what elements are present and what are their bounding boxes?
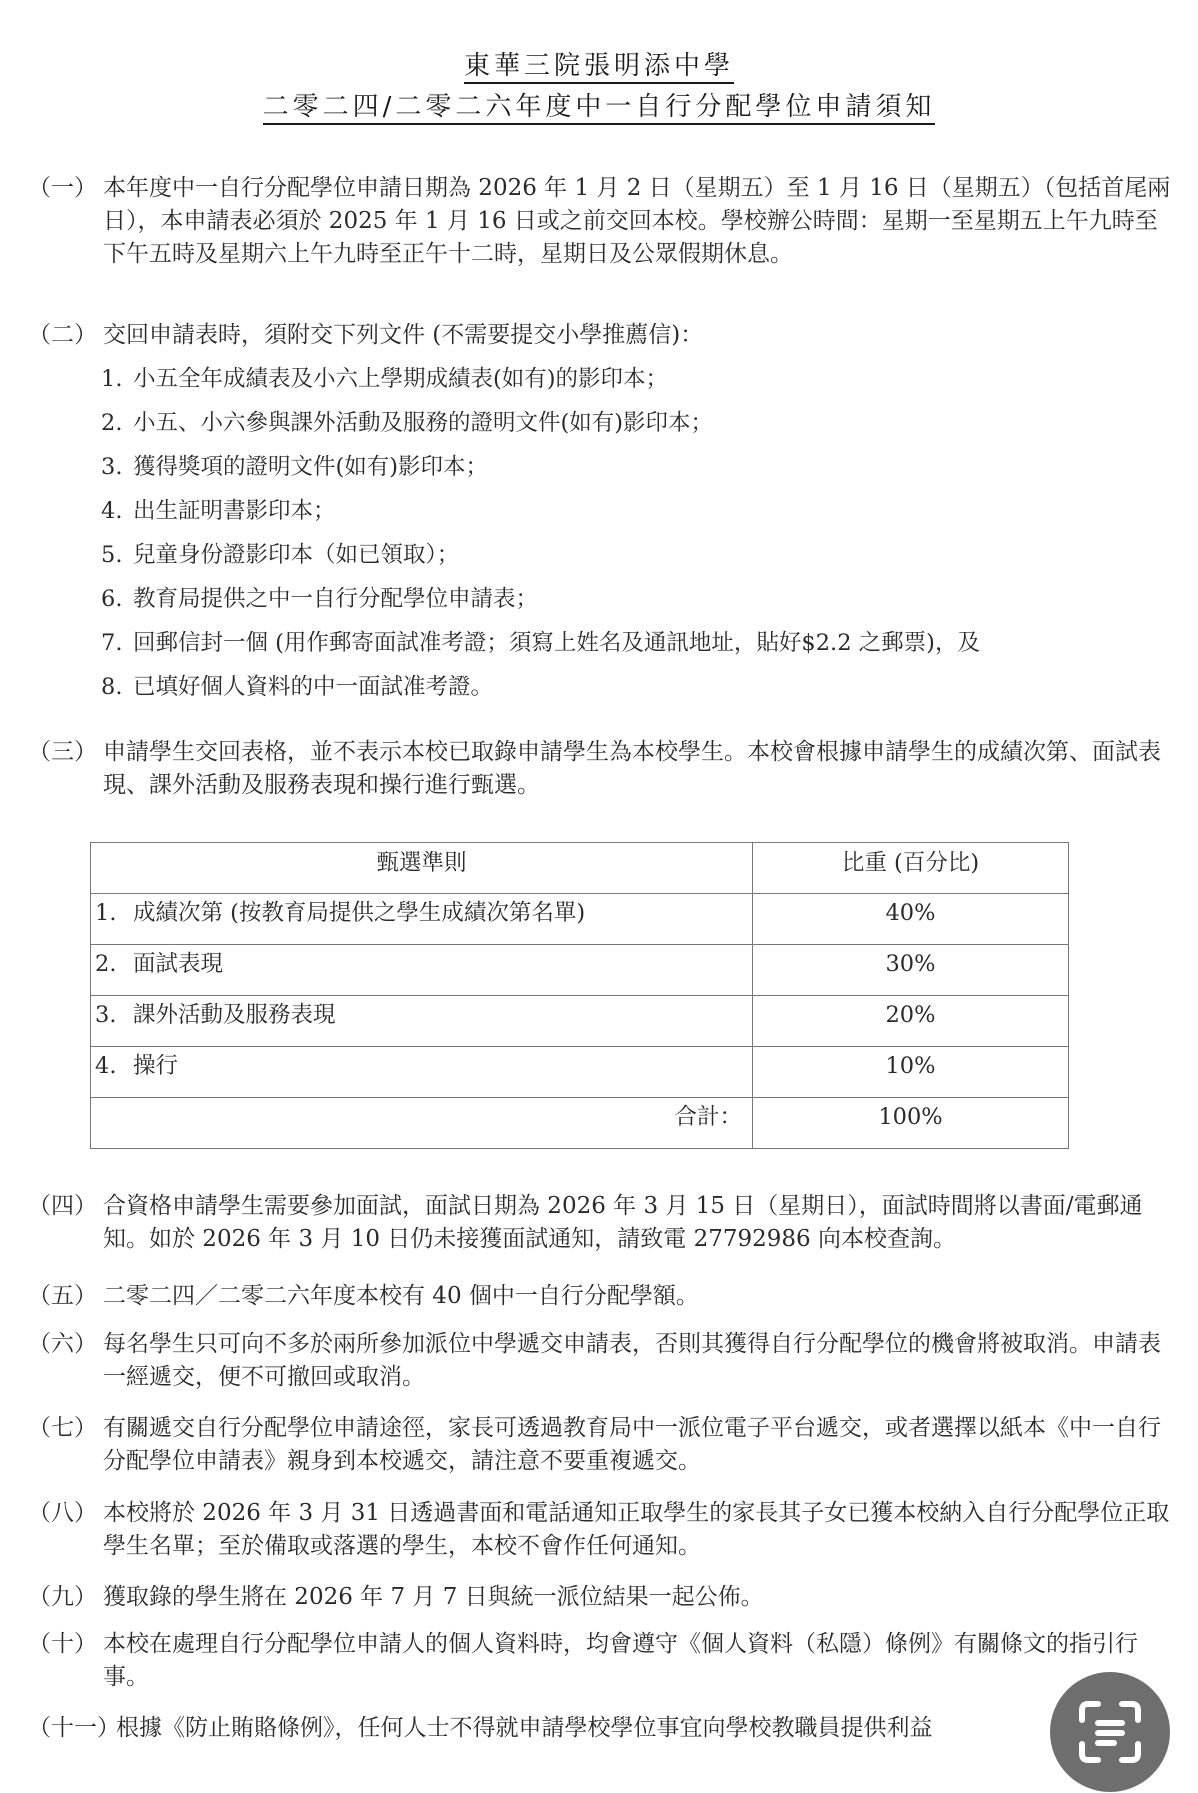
item-number: 2. bbox=[101, 407, 133, 440]
section-text: 有關遞交自行分配學位申請途徑，家長可透過教育局中一派位電子平台遞交，或者選擇以紙… bbox=[103, 1412, 1178, 1478]
section-11: （十一） 根據《防止賄賂條例》，任何人士不得就申請學校學位事宜向學校教職員提供利… bbox=[28, 1712, 1178, 1745]
document-list-item: 5.兒童身份證影印本（如已領取）； bbox=[101, 539, 459, 572]
section-number: （六） bbox=[28, 1328, 97, 1361]
school-name-text: 東華三院張明添中學 bbox=[464, 51, 734, 84]
section-10: （十） 本校在處理自行分配學位申請人的個人資料時，均會遵守《個人資料（私隱）條例… bbox=[28, 1628, 1178, 1694]
document-list-item: 3.獲得獎項的證明文件(如有)影印本； bbox=[101, 451, 488, 484]
criteria-label: 成績次第 (按教育局提供之學生成績次第名單) bbox=[133, 900, 585, 926]
section-number: （七） bbox=[28, 1412, 97, 1445]
text-scan-button[interactable] bbox=[1050, 1672, 1170, 1792]
document-list-item: 1.小五全年成績表及小六上學期成績表(如有)的影印本； bbox=[101, 363, 668, 396]
table-row: 4.操行 10% bbox=[91, 1047, 1069, 1098]
section-number: （四） bbox=[28, 1190, 97, 1223]
section-1: （一） 本年度中一自行分配學位申請日期為 2026 年 1 月 2 日（星期五）… bbox=[28, 172, 1178, 271]
section-text: 申請學生交回表格，並不表示本校已取錄申請學生為本校學生。本校會根據申請學生的成績… bbox=[103, 736, 1178, 802]
item-text: 教育局提供之中一自行分配學位申請表； bbox=[133, 586, 538, 612]
table-total-row: 合計： 100% bbox=[91, 1098, 1069, 1149]
section-2: （二） 交回申請表時，須附交下列文件 (不需要提交小學推薦信)： bbox=[28, 319, 1178, 352]
item-text: 兒童身份證影印本（如已領取）； bbox=[133, 542, 459, 568]
criteria-cell: 1.成績次第 (按教育局提供之學生成績次第名單) bbox=[91, 894, 753, 945]
header-criteria: 甄選準則 bbox=[91, 843, 753, 894]
section-number: （八） bbox=[28, 1497, 97, 1530]
section-text: 交回申請表時，須附交下列文件 (不需要提交小學推薦信)： bbox=[103, 319, 1178, 352]
item-number: 4. bbox=[101, 495, 133, 528]
item-text: 小五、小六參與課外活動及服務的證明文件(如有)影印本； bbox=[133, 410, 713, 436]
criteria-number: 1. bbox=[95, 894, 133, 932]
criteria-cell: 4.操行 bbox=[91, 1047, 753, 1098]
section-text: 本校將於 2026 年 3 月 31 日透過書面和電話通知正取學生的家長其子女已… bbox=[103, 1497, 1178, 1563]
weight-cell: 40% bbox=[753, 894, 1069, 945]
section-5: （五） 二零二四／二零二六年度本校有 40 個中一自行分配學額。 bbox=[28, 1280, 1178, 1313]
total-label: 合計： bbox=[91, 1098, 753, 1149]
table-row: 3.課外活動及服務表現 20% bbox=[91, 996, 1069, 1047]
table-row: 1.成績次第 (按教育局提供之學生成績次第名單) 40% bbox=[91, 894, 1069, 945]
item-number: 5. bbox=[101, 539, 133, 572]
table-header-row: 甄選準則 比重 (百分比) bbox=[91, 843, 1069, 894]
criteria-number: 3. bbox=[95, 996, 133, 1034]
selection-criteria-table: 甄選準則 比重 (百分比) 1.成績次第 (按教育局提供之學生成績次第名單) 4… bbox=[90, 842, 1069, 1149]
section-number: （三） bbox=[28, 736, 97, 769]
section-8: （八） 本校將於 2026 年 3 月 31 日透過書面和電話通知正取學生的家長… bbox=[28, 1497, 1178, 1563]
document-page: 東華三院張明添中學 二零二四/二零二六年度中一自行分配學位申請須知 （一） 本年… bbox=[0, 0, 1198, 1793]
item-number: 8. bbox=[101, 671, 133, 704]
document-list-item: 4.出生証明書影印本； bbox=[101, 495, 336, 528]
section-text: 獲取錄的學生將在 2026 年 7 月 7 日與統一派位結果一起公佈。 bbox=[103, 1581, 1178, 1614]
criteria-label: 面試表現 bbox=[133, 951, 223, 977]
item-text: 已填好個人資料的中一面試准考證。 bbox=[133, 674, 493, 700]
item-number: 6. bbox=[101, 583, 133, 616]
item-number: 1. bbox=[101, 363, 133, 396]
text-scan-icon bbox=[1074, 1696, 1146, 1768]
criteria-cell: 2.面試表現 bbox=[91, 945, 753, 996]
weight-cell: 30% bbox=[753, 945, 1069, 996]
item-text: 出生証明書影印本； bbox=[133, 498, 336, 524]
school-name-heading: 東華三院張明添中學 bbox=[0, 45, 1198, 82]
section-text: 每名學生只可向不多於兩所參加派位中學遞交申請表，否則其獲得自行分配學位的機會將被… bbox=[103, 1328, 1178, 1394]
item-text: 回郵信封一個 (用作郵寄面試准考證；須寫上姓名及通訊地址，貼好$2.2 之郵票)… bbox=[133, 630, 980, 656]
section-7: （七） 有關遞交自行分配學位申請途徑，家長可透過教育局中一派位電子平台遞交，或者… bbox=[28, 1412, 1178, 1478]
section-6: （六） 每名學生只可向不多於兩所參加派位中學遞交申請表，否則其獲得自行分配學位的… bbox=[28, 1328, 1178, 1394]
section-number: （十一） bbox=[28, 1712, 120, 1745]
document-subtitle: 二零二四/二零二六年度中一自行分配學位申請須知 bbox=[0, 86, 1198, 123]
section-9: （九） 獲取錄的學生將在 2026 年 7 月 7 日與統一派位結果一起公佈。 bbox=[28, 1581, 1178, 1614]
document-list-item: 7.回郵信封一個 (用作郵寄面試准考證；須寫上姓名及通訊地址，貼好$2.2 之郵… bbox=[101, 627, 980, 660]
item-text: 獲得獎項的證明文件(如有)影印本； bbox=[133, 454, 488, 480]
item-number: 3. bbox=[101, 451, 133, 484]
section-text: 本校在處理自行分配學位申請人的個人資料時，均會遵守《個人資料（私隱）條例》有關條… bbox=[103, 1628, 1178, 1694]
section-number: （十） bbox=[28, 1628, 97, 1661]
section-4: （四） 合資格申請學生需要參加面試，面試日期為 2026 年 3 月 15 日（… bbox=[28, 1190, 1178, 1256]
section-text: 合資格申請學生需要參加面試，面試日期為 2026 年 3 月 15 日（星期日）… bbox=[103, 1190, 1178, 1256]
weight-cell: 20% bbox=[753, 996, 1069, 1047]
criteria-cell: 3.課外活動及服務表現 bbox=[91, 996, 753, 1047]
document-list-item: 8.已填好個人資料的中一面試准考證。 bbox=[101, 671, 493, 704]
criteria-label: 課外活動及服務表現 bbox=[133, 1002, 336, 1028]
section-number: （五） bbox=[28, 1280, 97, 1313]
criteria-number: 2. bbox=[95, 945, 133, 983]
header-weight: 比重 (百分比) bbox=[753, 843, 1069, 894]
section-text: 根據《防止賄賂條例》，任何人士不得就申請學校學位事宜向學校教職員提供利益 bbox=[116, 1712, 1178, 1745]
section-number: （一） bbox=[28, 172, 97, 205]
subtitle-text: 二零二四/二零二六年度中一自行分配學位申請須知 bbox=[263, 92, 936, 125]
item-text: 小五全年成績表及小六上學期成績表(如有)的影印本； bbox=[133, 366, 668, 392]
table-row: 2.面試表現 30% bbox=[91, 945, 1069, 996]
total-value: 100% bbox=[753, 1098, 1069, 1149]
document-list-item: 6.教育局提供之中一自行分配學位申請表； bbox=[101, 583, 538, 616]
section-number: （二） bbox=[28, 319, 97, 352]
section-text: 本年度中一自行分配學位申請日期為 2026 年 1 月 2 日（星期五）至 1 … bbox=[103, 172, 1178, 271]
section-3: （三） 申請學生交回表格，並不表示本校已取錄申請學生為本校學生。本校會根據申請學… bbox=[28, 736, 1178, 802]
weight-cell: 10% bbox=[753, 1047, 1069, 1098]
criteria-label: 操行 bbox=[133, 1053, 178, 1079]
criteria-number: 4. bbox=[95, 1047, 133, 1085]
document-list-item: 2.小五、小六參與課外活動及服務的證明文件(如有)影印本； bbox=[101, 407, 713, 440]
item-number: 7. bbox=[101, 627, 133, 660]
section-text: 二零二四／二零二六年度本校有 40 個中一自行分配學額。 bbox=[103, 1280, 1178, 1313]
section-number: （九） bbox=[28, 1581, 97, 1614]
